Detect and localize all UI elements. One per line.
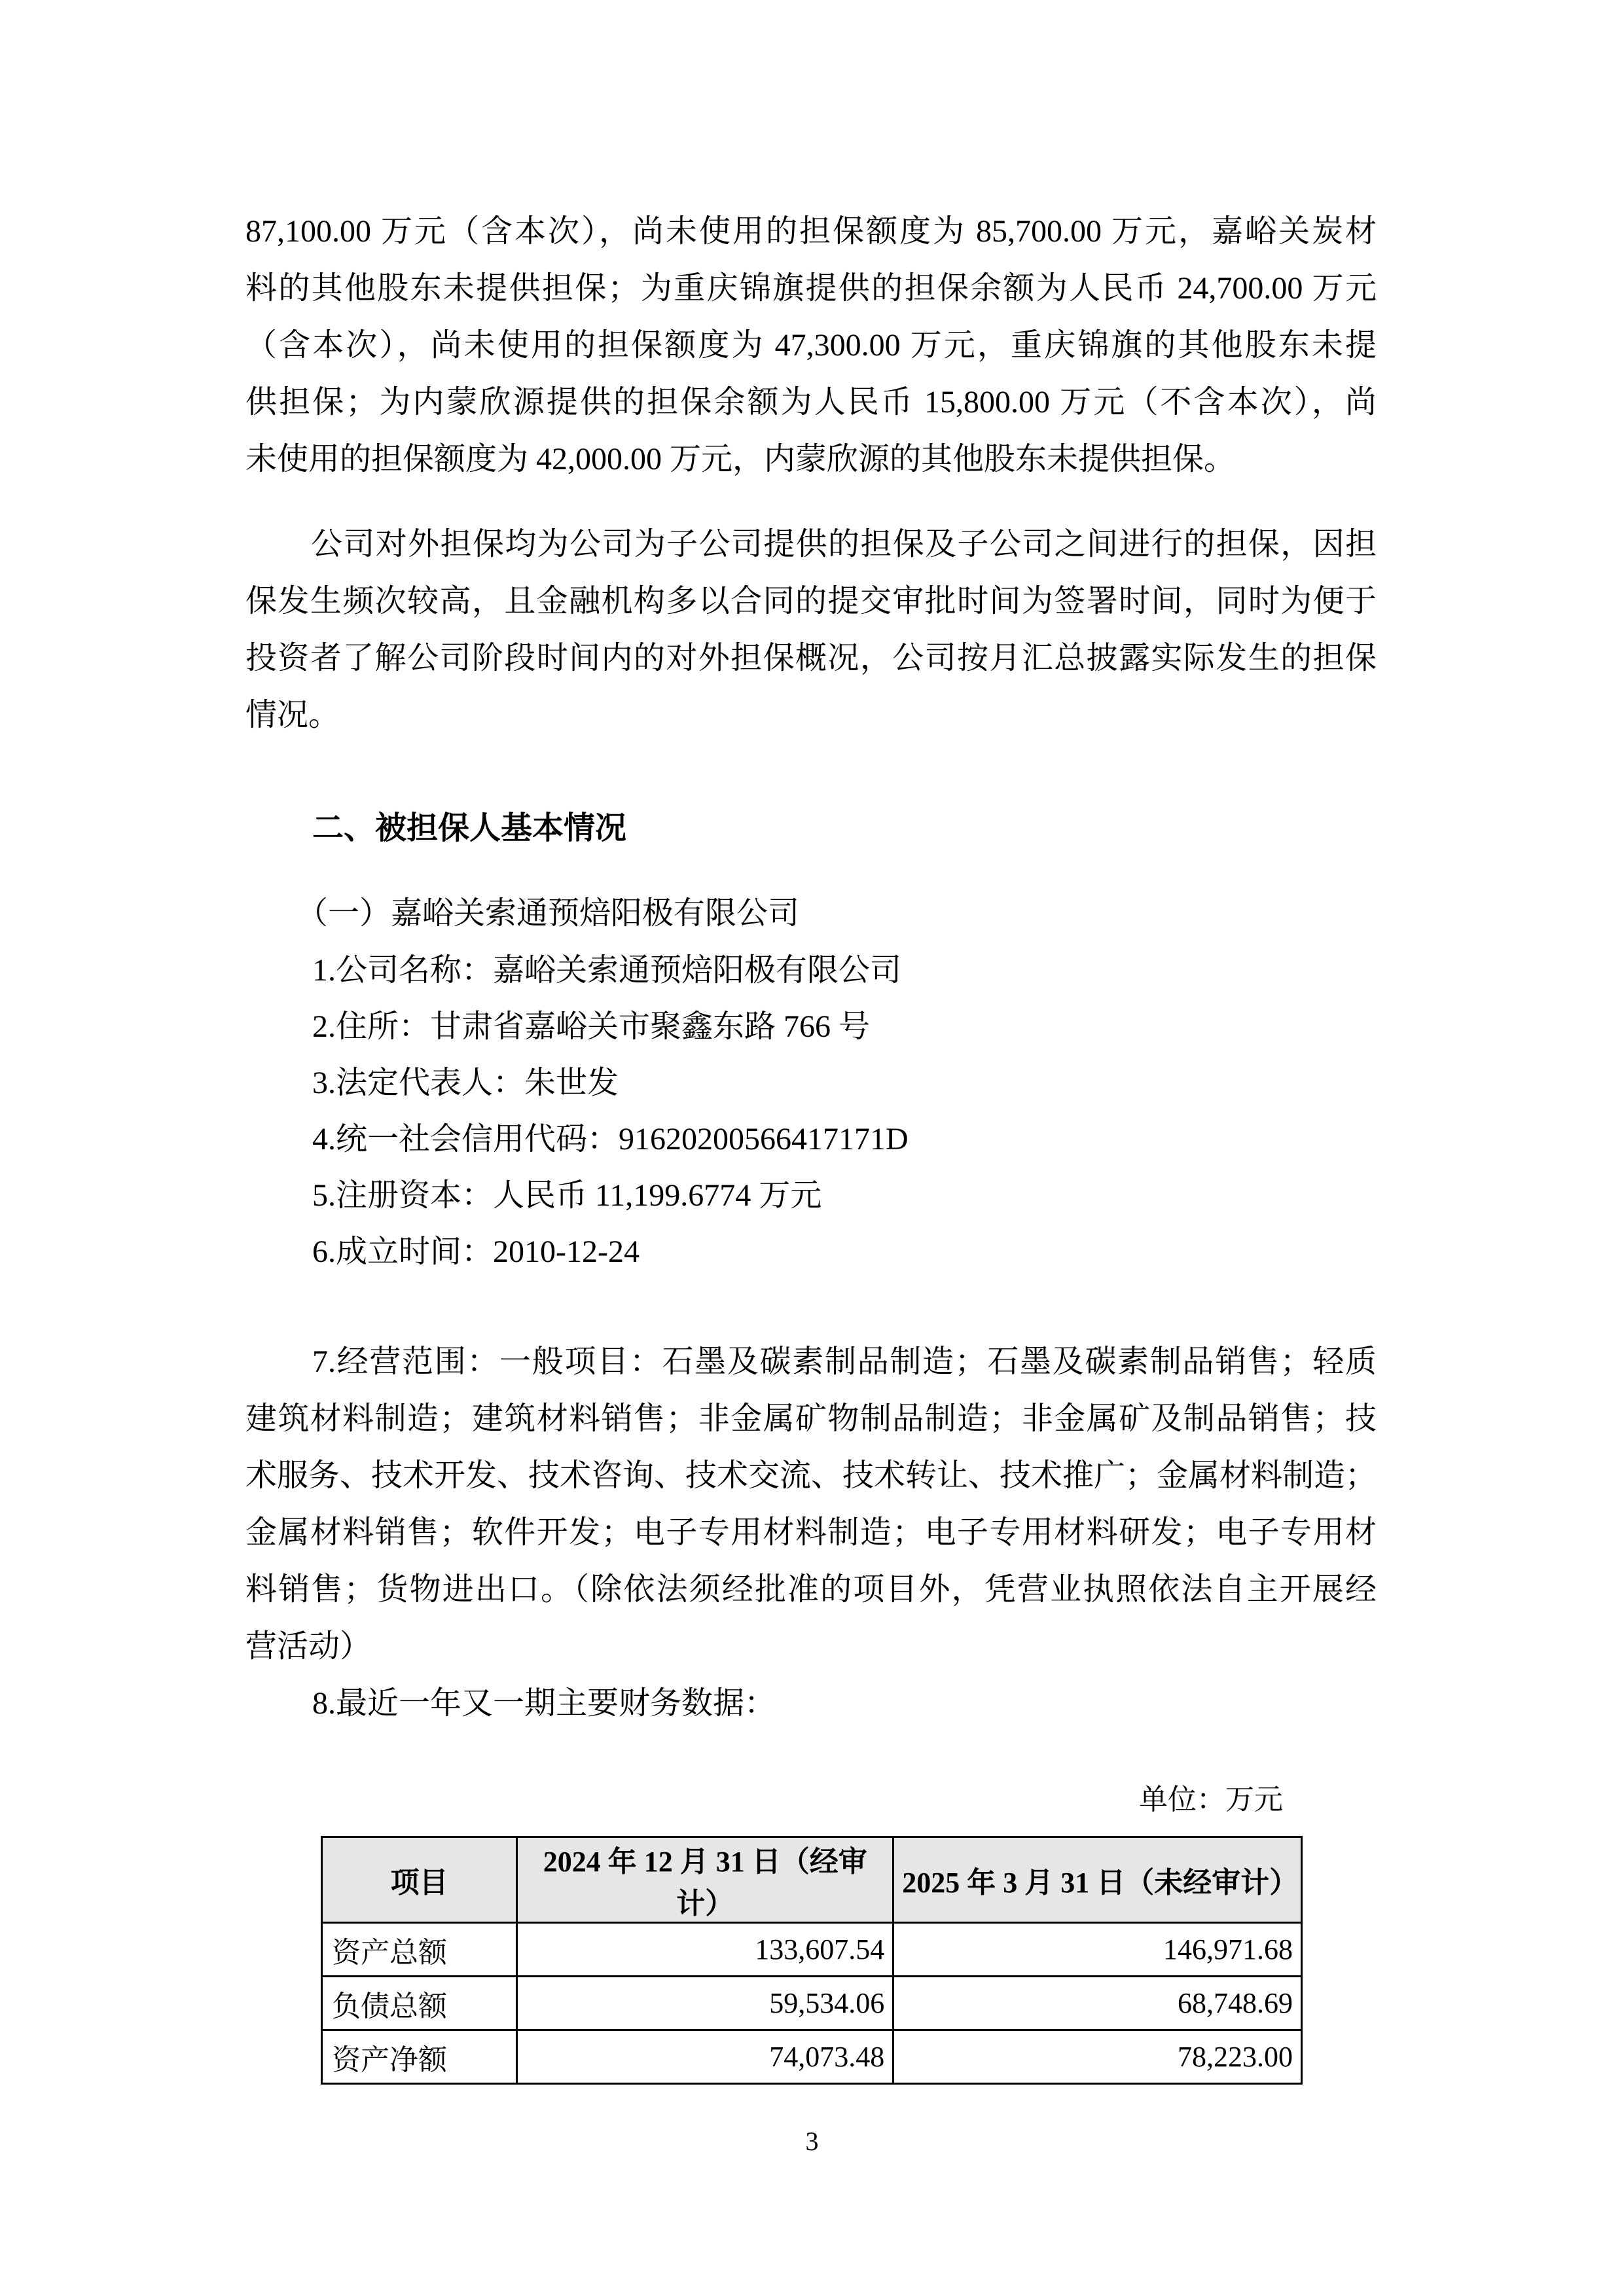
text-line: 投资者了解公司阶段时间内的对外担保概况，公司按月汇总披露实际发生的担保 xyxy=(245,630,1377,687)
text-line: （含本次），尚未使用的担保额度为 47,300.00 万元，重庆锦旗的其他股东未… xyxy=(245,317,1377,374)
text-line: 7.经营范围：一般项目：石墨及碳素制品制造；石墨及碳素制品销售；轻质 xyxy=(245,1333,1377,1390)
company-info-list: 1.公司名称：嘉峪关索通预焙阳极有限公司 2.住所：甘肃省嘉峪关市聚鑫东路 76… xyxy=(312,942,1377,1280)
text-line: 情况。 xyxy=(245,687,1377,744)
text-line: 未使用的担保额度为 42,000.00 万元，内蒙欣源的其他股东未提供担保。 xyxy=(245,431,1377,488)
guarantee-disclosure-paragraph: 公司对外担保均为公司为子公司提供的担保及子公司之间进行的担保，因担 保发生频次较… xyxy=(245,516,1377,744)
financial-data-intro: 8.最近一年又一期主要财务数据： xyxy=(312,1675,1377,1732)
text-line: 供担保；为内蒙欣源提供的担保余额为人民币 15,800.00 万元（不含本次），… xyxy=(245,374,1377,431)
financial-data-table: 项目 2024 年 12 月 31 日（经审计） 2025 年 3 月 31 日… xyxy=(321,1836,1303,2085)
table-row: 资产净额 74,073.48 78,223.00 xyxy=(322,2030,1302,2084)
column-header-item: 项目 xyxy=(322,1837,517,1923)
subsection-heading: （一）嘉峪关索通预焙阳极有限公司 xyxy=(297,885,1377,942)
company-name-item: 1.公司名称：嘉峪关索通预焙阳极有限公司 xyxy=(312,942,1377,999)
table-header-row: 项目 2024 年 12 月 31 日（经审计） 2025 年 3 月 31 日… xyxy=(322,1837,1302,1923)
text-line: 保发生频次较高，且金融机构多以合同的提交审批时间为签署时间，同时为便于 xyxy=(245,573,1377,630)
credit-code-item: 4.统一社会信用代码：91620200566417171D xyxy=(312,1111,1377,1168)
guarantee-balance-paragraph: 87,100.00 万元（含本次），尚未使用的担保额度为 85,700.00 万… xyxy=(245,203,1377,488)
row-label: 负债总额 xyxy=(322,1977,517,2030)
text-line: 金属材料销售；软件开发；电子专用材料制造；电子专用材料研发；电子专用材 xyxy=(245,1504,1377,1561)
cell-value: 59,534.06 xyxy=(517,1977,893,2030)
cell-value: 68,748.69 xyxy=(893,1977,1302,2030)
text-line: 术服务、技术开发、技术咨询、技术交流、技术转让、技术推广；金属材料制造； xyxy=(245,1447,1377,1504)
text-line: 营活动） xyxy=(245,1618,1377,1675)
text-line: 建筑材料制造；建筑材料销售；非金属矿物制品制造；非金属矿及制品销售；技 xyxy=(245,1390,1377,1447)
text-line: 公司对外担保均为公司为子公司提供的担保及子公司之间进行的担保，因担 xyxy=(245,516,1377,573)
cell-value: 146,971.68 xyxy=(893,1923,1302,1977)
registered-capital-item: 5.注册资本：人民币 11,199.6774 万元 xyxy=(312,1168,1377,1224)
text-line: 料销售；货物进出口。（除依法须经批准的项目外，凭营业执照依法自主开展经 xyxy=(245,1561,1377,1618)
text-line: 87,100.00 万元（含本次），尚未使用的担保额度为 85,700.00 万… xyxy=(245,203,1377,260)
row-label: 资产净额 xyxy=(322,2030,517,2084)
established-date-item: 6.成立时间：2010-12-24 xyxy=(312,1224,1377,1280)
page-number: 3 xyxy=(0,2126,1624,2157)
cell-value: 133,607.54 xyxy=(517,1923,893,1977)
section-heading: 二、被担保人基本情况 xyxy=(312,800,1377,857)
business-scope-paragraph: 7.经营范围：一般项目：石墨及碳素制品制造；石墨及碳素制品销售；轻质 建筑材料制… xyxy=(245,1333,1377,1675)
address-item: 2.住所：甘肃省嘉峪关市聚鑫东路 766 号 xyxy=(312,999,1377,1055)
document-page: 87,100.00 万元（含本次），尚未使用的担保额度为 85,700.00 万… xyxy=(0,0,1624,2296)
column-header-2024: 2024 年 12 月 31 日（经审计） xyxy=(517,1837,893,1923)
cell-value: 74,073.48 xyxy=(517,2030,893,2084)
cell-value: 78,223.00 xyxy=(893,2030,1302,2084)
row-label: 资产总额 xyxy=(322,1923,517,1977)
legal-representative-item: 3.法定代表人：朱世发 xyxy=(312,1055,1377,1111)
unit-label: 单位：万元 xyxy=(1139,1779,1283,1821)
text-line: 料的其他股东未提供担保；为重庆锦旗提供的担保余额为人民币 24,700.00 万… xyxy=(245,260,1377,317)
table-row: 负债总额 59,534.06 68,748.69 xyxy=(322,1977,1302,2030)
column-header-2025: 2025 年 3 月 31 日（未经审计） xyxy=(893,1837,1302,1923)
table-row: 资产总额 133,607.54 146,971.68 xyxy=(322,1923,1302,1977)
